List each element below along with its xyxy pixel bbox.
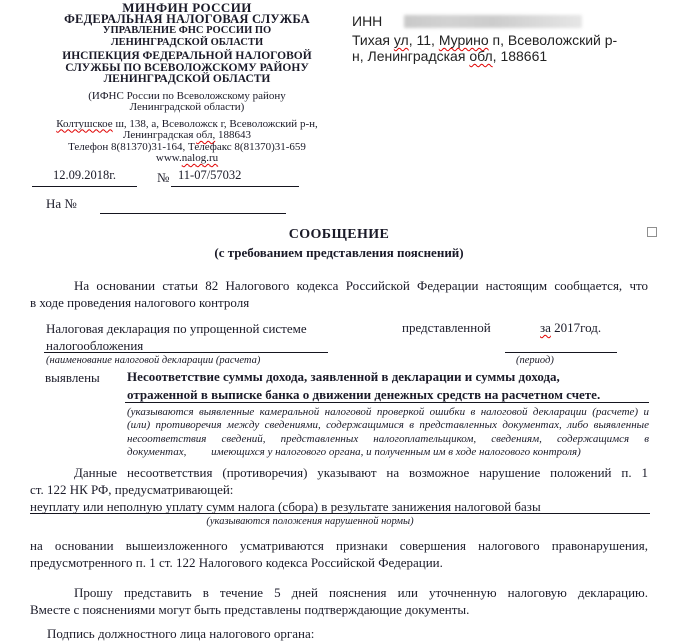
findings-underline xyxy=(125,402,649,403)
paren-name-line-2: Ленинградской области) xyxy=(28,102,346,114)
document-subtitle: (с требованием представления пояснений) xyxy=(30,245,648,261)
recipient-address-line-1: Тихая ул, 11, Мурино п, Всеволожский р- xyxy=(352,32,674,48)
revealed-findings: Несоответствие суммы дохода, заявленной … xyxy=(127,368,649,403)
text-line: предусмотренного п. 1 ст. 122 Налогового… xyxy=(30,554,648,571)
address-text: Тихая xyxy=(352,32,394,48)
norm-underline xyxy=(30,513,650,514)
paragraph-request: Прошу представить в течение 5 дней поясн… xyxy=(30,584,648,618)
text-line: Несоответствие суммы дохода, заявленной … xyxy=(127,368,649,386)
recipient-block: ИНН Тихая ул, 11, Мурино п, Всеволожский… xyxy=(352,0,674,64)
spellcheck-word: за xyxy=(540,320,551,335)
declaration-field-caption: (наименование налоговой декларации (расч… xyxy=(46,355,260,366)
letterhead-website: www.nalog.ru xyxy=(28,153,346,165)
spellcheck-word: Колтушское xyxy=(56,118,112,130)
number-sign: № xyxy=(157,170,169,186)
paragraph-conclusion: на основании вышеизложенного усматривают… xyxy=(30,537,648,571)
address-text: н, Ленинградская xyxy=(352,48,469,64)
text-line: На основании статьи 82 Налогового кодекс… xyxy=(30,277,648,294)
letterhead: МИНФИН РОССИИ ФЕДЕРАЛЬНАЯ НАЛОГОВАЯ СЛУЖ… xyxy=(28,2,346,165)
document-title: СООБЩЕНИЕ xyxy=(30,227,648,243)
department-line-1: УПРАВЛЕНИЕ ФНС РОССИИ ПО xyxy=(28,25,346,37)
letterhead-address-line-2: Ленинградская обл, 188643 xyxy=(28,130,346,142)
period-underline xyxy=(505,352,617,353)
spellcheck-word: Мурино xyxy=(439,32,489,48)
inspection-line-3: ЛЕНИНГРАДСКОЙ ОБЛАСТИ xyxy=(28,74,346,86)
paragraph-violation: Данные несоответствия (противоречия) ука… xyxy=(30,464,648,515)
inn-row: ИНН xyxy=(352,13,674,29)
reply-to-label: На № xyxy=(46,196,77,212)
text-line: на основании вышеизложенного усматривают… xyxy=(30,537,648,554)
text-line: Налоговая декларация по упрощенной систе… xyxy=(46,320,346,337)
text-line: в ходе проведения налогового контроля xyxy=(30,294,648,311)
text-line: несоответствия сведений, представленных … xyxy=(127,433,649,446)
norm-caption: (указываются положения нарушенной нормы) xyxy=(30,516,590,527)
paragraph-legal-basis: На основании статьи 82 Налогового кодекс… xyxy=(30,277,648,311)
address-text: , 11, xyxy=(409,32,439,48)
inspection-line-1: ИНСПЕКЦИЯ ФЕДЕРАЛЬНОЙ НАЛОГОВОЙ xyxy=(28,51,346,63)
outgoing-number: 11-07/57032 xyxy=(171,168,299,187)
reply-to-blank-line xyxy=(100,196,286,214)
title-block: СООБЩЕНИЕ (с требованием представления п… xyxy=(30,227,648,261)
revealed-label: выявлены xyxy=(45,370,100,386)
text-line: (указываются выявленные камеральной нало… xyxy=(127,406,649,419)
text-line: ст. 122 НК РФ, предусматривающей: xyxy=(30,481,648,498)
text-line: (или) противоречия между сведениями, сод… xyxy=(127,419,649,432)
service-line: ФЕДЕРАЛЬНАЯ НАЛОГОВАЯ СЛУЖБА xyxy=(28,14,346,26)
department-line-2: ЛЕНИНГРАДСКОЙ ОБЛАСТИ xyxy=(28,37,346,49)
anchor-square-icon xyxy=(647,227,657,237)
address-text: Ленинградская xyxy=(123,129,196,141)
text-line: отраженной в выписке банка о движении де… xyxy=(127,386,649,404)
text-line: Данные несоответствия (противоречия) ука… xyxy=(30,464,648,481)
signature-label: Подпись должностного лица налогового орг… xyxy=(47,626,314,642)
outgoing-date: 12.09.2018г. xyxy=(32,168,137,187)
address-text: п, Всеволожский р- xyxy=(489,32,618,48)
presented-label: представленной xyxy=(402,320,491,336)
findings-caption: (указываются выявленные камеральной нало… xyxy=(127,406,649,460)
address-text: , 188661 xyxy=(493,48,548,64)
spellcheck-word: ул xyxy=(394,32,409,48)
declaration-underline xyxy=(44,352,328,353)
declaration-name: Налоговая декларация по упрощенной систе… xyxy=(46,320,346,354)
inn-label: ИНН xyxy=(352,13,382,29)
website-prefix: www. xyxy=(156,152,182,164)
address-text: 188643 xyxy=(215,129,251,141)
spellcheck-word: обл xyxy=(469,48,492,64)
period-value: за 2017год. xyxy=(540,320,601,336)
text-line: Вместе с пояснениями могут быть представ… xyxy=(30,601,648,618)
spellcheck-word: обл, xyxy=(196,129,215,141)
tax-notice-document: МИНФИН РОССИИ ФЕДЕРАЛЬНАЯ НАЛОГОВАЯ СЛУЖ… xyxy=(0,0,674,642)
address-text: ш, 138, а, Всеволожск г, Всеволожский р-… xyxy=(113,118,318,130)
redaction-blur-inn xyxy=(404,15,582,28)
text-line: Прошу представить в течение 5 дней поясн… xyxy=(30,584,648,601)
period-text: 2017год. xyxy=(551,320,601,335)
text-line: документах, имеющихся у налогового орган… xyxy=(127,446,649,459)
period-field-caption: (период) xyxy=(516,355,554,366)
recipient-address-line-2: н, Ленинградская обл, 188661 xyxy=(352,48,674,64)
spellcheck-word: nalog.ru xyxy=(182,152,218,164)
